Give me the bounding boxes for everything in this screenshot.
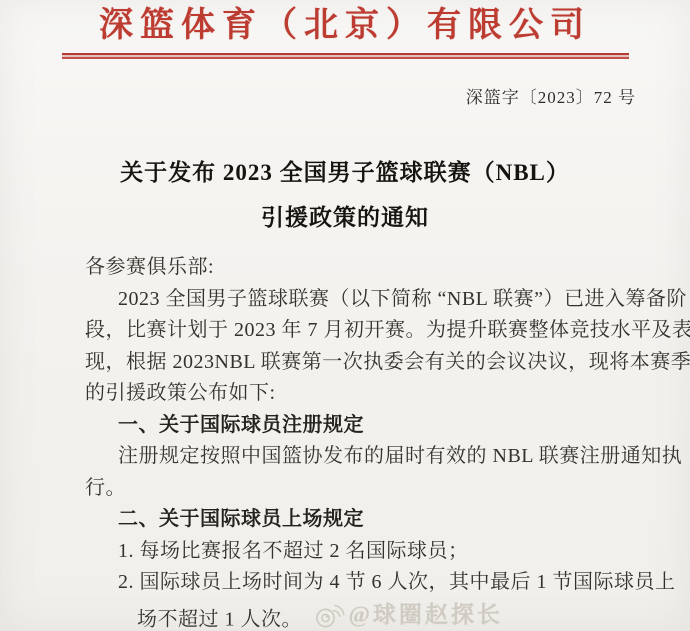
list-item-2-continued: 场不超过 1 人次。 bbox=[137, 608, 302, 630]
letterhead-divider bbox=[62, 53, 629, 59]
doc-number: 深篮字〔2023〕72 号 bbox=[0, 88, 690, 108]
title-line-1: 关于发布 2023 全国男子篮球联赛（NBL） bbox=[0, 150, 690, 195]
list-item-1: 1. 每场比赛报名不超过 2 名国际球员； bbox=[85, 536, 628, 568]
letterhead-company: 深篮体育（北京）有限公司 bbox=[0, 5, 690, 47]
body-line: 的引援政策公布如下: bbox=[85, 378, 628, 410]
body-line: 2023 全国男子篮球联赛（以下简称 “NBL 联赛”）已进入筹备阶 bbox=[85, 284, 628, 316]
title-line-2: 引援政策的通知 bbox=[0, 195, 690, 240]
document-page: 深篮体育（北京）有限公司 深篮字〔2023〕72 号 关于发布 2023 全国男… bbox=[0, 0, 690, 631]
document-title: 关于发布 2023 全国男子篮球联赛（NBL） 引援政策的通知 bbox=[0, 150, 690, 240]
body-line: 行。 bbox=[85, 473, 628, 505]
document-body: 各参赛俱乐部: 2023 全国男子篮球联赛（以下简称 “NBL 联赛”）已进入筹… bbox=[85, 252, 628, 630]
section-heading-2: 二、关于国际球员上场规定 bbox=[85, 504, 628, 536]
list-item-2: 2. 国际球员上场时间为 4 节 6 人次，其中最后 1 节国际球员上 bbox=[85, 567, 628, 599]
weibo-icon bbox=[314, 600, 345, 629]
watermark-handle: @球圈赵探长 bbox=[349, 599, 503, 631]
body-line-last: 场不超过 1 人次。 @球圈赵探长 bbox=[85, 599, 628, 631]
body-line: 注册规定按照中国篮协发布的届时有效的 NBL 联赛注册通知执 bbox=[85, 441, 628, 473]
watermark: @球圈赵探长 bbox=[314, 599, 503, 631]
body-line-salutation: 各参赛俱乐部: bbox=[85, 252, 628, 284]
section-heading-1: 一、关于国际球员注册规定 bbox=[85, 410, 628, 442]
body-line: 现，根据 2023NBL 联赛第一次执委会有关的会议决议，现将本赛季 bbox=[85, 347, 628, 379]
body-line: 段，比赛计划于 2023 年 7 月初开赛。为提升联赛整体竞技水平及表 bbox=[85, 315, 628, 347]
